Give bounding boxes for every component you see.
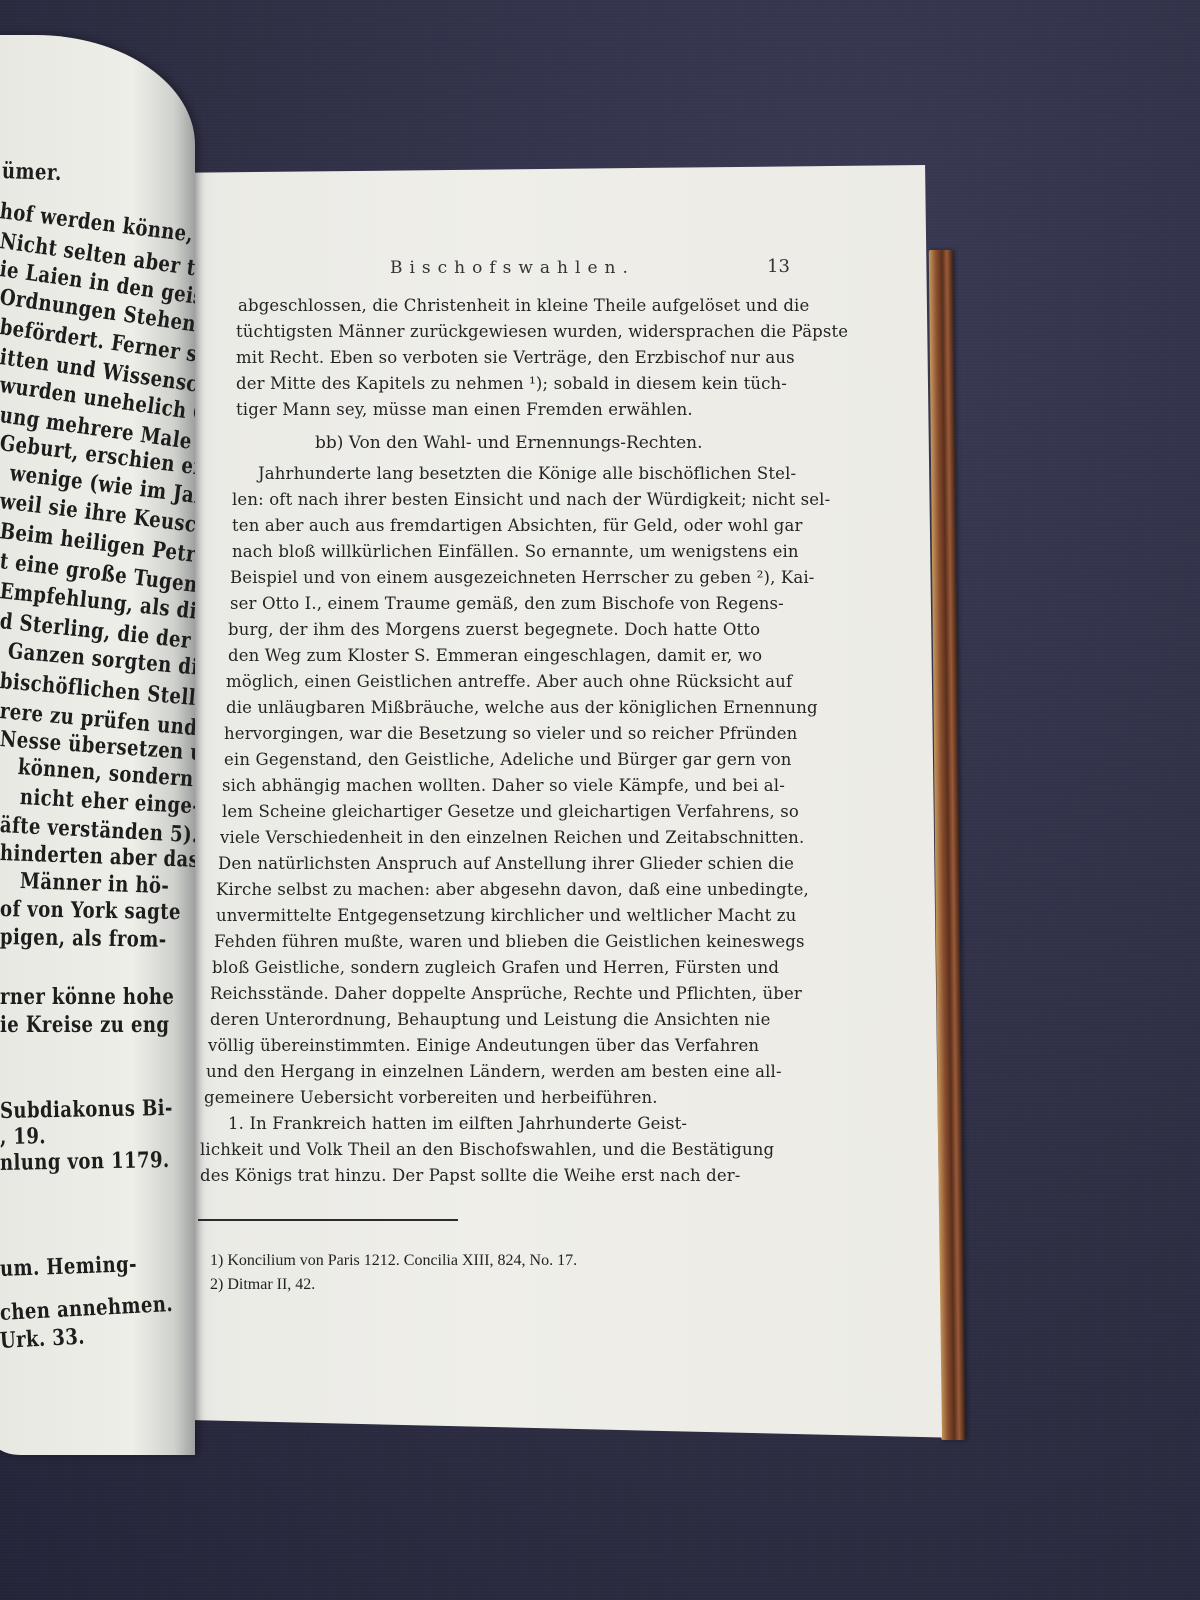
text-line: viele Verschiedenheit in den einzelnen R… — [220, 828, 804, 847]
running-head: Bischofswahlen. — [390, 258, 635, 278]
text-line: völlig übereinstimmten. Einige Andeutung… — [208, 1036, 759, 1055]
footnote: 2) Ditmar II, 42. — [210, 1276, 315, 1294]
section-heading: bb) Von den Wahl- und Ernennungs-Rechten… — [315, 433, 703, 453]
text-line: mit Recht. Eben so verboten sie Verträge… — [236, 348, 795, 367]
text-line: nach bloß willkürlichen Einfällen. So er… — [232, 542, 799, 561]
text-line: der Mitte des Kapitels zu nehmen ¹); sob… — [236, 374, 787, 393]
left-text-line: ie Kreise zu eng — [0, 1012, 169, 1038]
text-line: Fehden führen mußte, waren und blieben d… — [214, 932, 805, 951]
text-line: ein Gegenstand, den Geistliche, Adeliche… — [224, 750, 792, 769]
text-line: tiger Mann sey, müsse man einen Fremden … — [236, 400, 693, 419]
left-text-line: Urk. 33. — [0, 1324, 86, 1354]
text-line: lichkeit und Volk Theil an den Bischofsw… — [200, 1140, 774, 1159]
text-line: sich abhängig machen wollten. Daher so v… — [222, 776, 785, 795]
left-text-line: chen annehmen. — [0, 1291, 174, 1326]
text-line: abgeschlossen, die Christenheit in klein… — [238, 296, 809, 315]
text-line: Jahrhunderte lang besetzten die Könige a… — [258, 464, 796, 483]
text-line: Den natürlichsten Anspruch auf Anstellun… — [218, 854, 794, 873]
left-text-line: pigen, als from- — [0, 924, 167, 953]
left-text-line: um. Heming- — [0, 1251, 137, 1282]
page-number: 13 — [767, 256, 790, 277]
left-text-line: rner könne hohe — [0, 984, 174, 1010]
text-line: deren Unterordnung, Behauptung und Leist… — [210, 1010, 771, 1029]
text-line: Kirche selbst zu machen: aber abgesehn d… — [216, 880, 809, 899]
text-line: Beispiel und von einem ausgezeichneten H… — [230, 568, 815, 587]
left-text-line: nlung von 1179. — [0, 1147, 170, 1176]
text-line: den Weg zum Kloster S. Emmeran eingeschl… — [228, 646, 762, 665]
left-text-line: of von York sagte — [0, 896, 181, 925]
text-line: Reichsstände. Daher doppelte Ansprüche, … — [210, 984, 802, 1003]
footnote-divider — [198, 1219, 458, 1221]
footnote: 1) Koncilium von Paris 1212. Concilia XI… — [210, 1252, 577, 1270]
text-line: burg, der ihm des Morgens zuerst begegne… — [228, 620, 760, 639]
text-line: len: oft nach ihrer besten Einsicht und … — [232, 490, 830, 509]
left-text-line: Subdiakonus Bi- — [0, 1095, 173, 1124]
text-line: tüchtigsten Männer zurückgewiesen wurden… — [236, 322, 848, 341]
text-line: hervorgingen, war die Besetzung so viele… — [224, 724, 797, 743]
text-line: ten aber auch aus fremdartigen Absichten… — [232, 516, 803, 535]
text-line: und den Hergang in einzelnen Ländern, we… — [206, 1062, 782, 1081]
left-text-line: Männer in hö- — [20, 868, 170, 899]
text-line: lem Scheine gleichartiger Gesetze und gl… — [222, 802, 799, 821]
text-line: bloß Geistliche, sondern zugleich Grafen… — [212, 958, 779, 977]
text-line: 1. In Frankreich hatten im eilften Jahrh… — [228, 1114, 687, 1133]
text-line: ser Otto I., einem Traume gemäß, den zum… — [230, 594, 784, 613]
text-line: die unläugbaren Mißbräuche, welche aus d… — [226, 698, 818, 717]
text-line: unvermittelte Entgegensetzung kirchliche… — [216, 906, 796, 925]
left-text-line: ümer. — [2, 158, 63, 186]
left-text-line: , 19. — [0, 1123, 46, 1150]
text-line: gemeinere Uebersicht vorbereiten und her… — [204, 1088, 658, 1107]
left-page: ümer.hof werden könne, derNicht selten a… — [0, 35, 195, 1455]
text-line: des Königs trat hinzu. Der Papst sollte … — [200, 1166, 741, 1185]
text-line: möglich, einen Geistlichen antreffe. Abe… — [226, 672, 792, 691]
